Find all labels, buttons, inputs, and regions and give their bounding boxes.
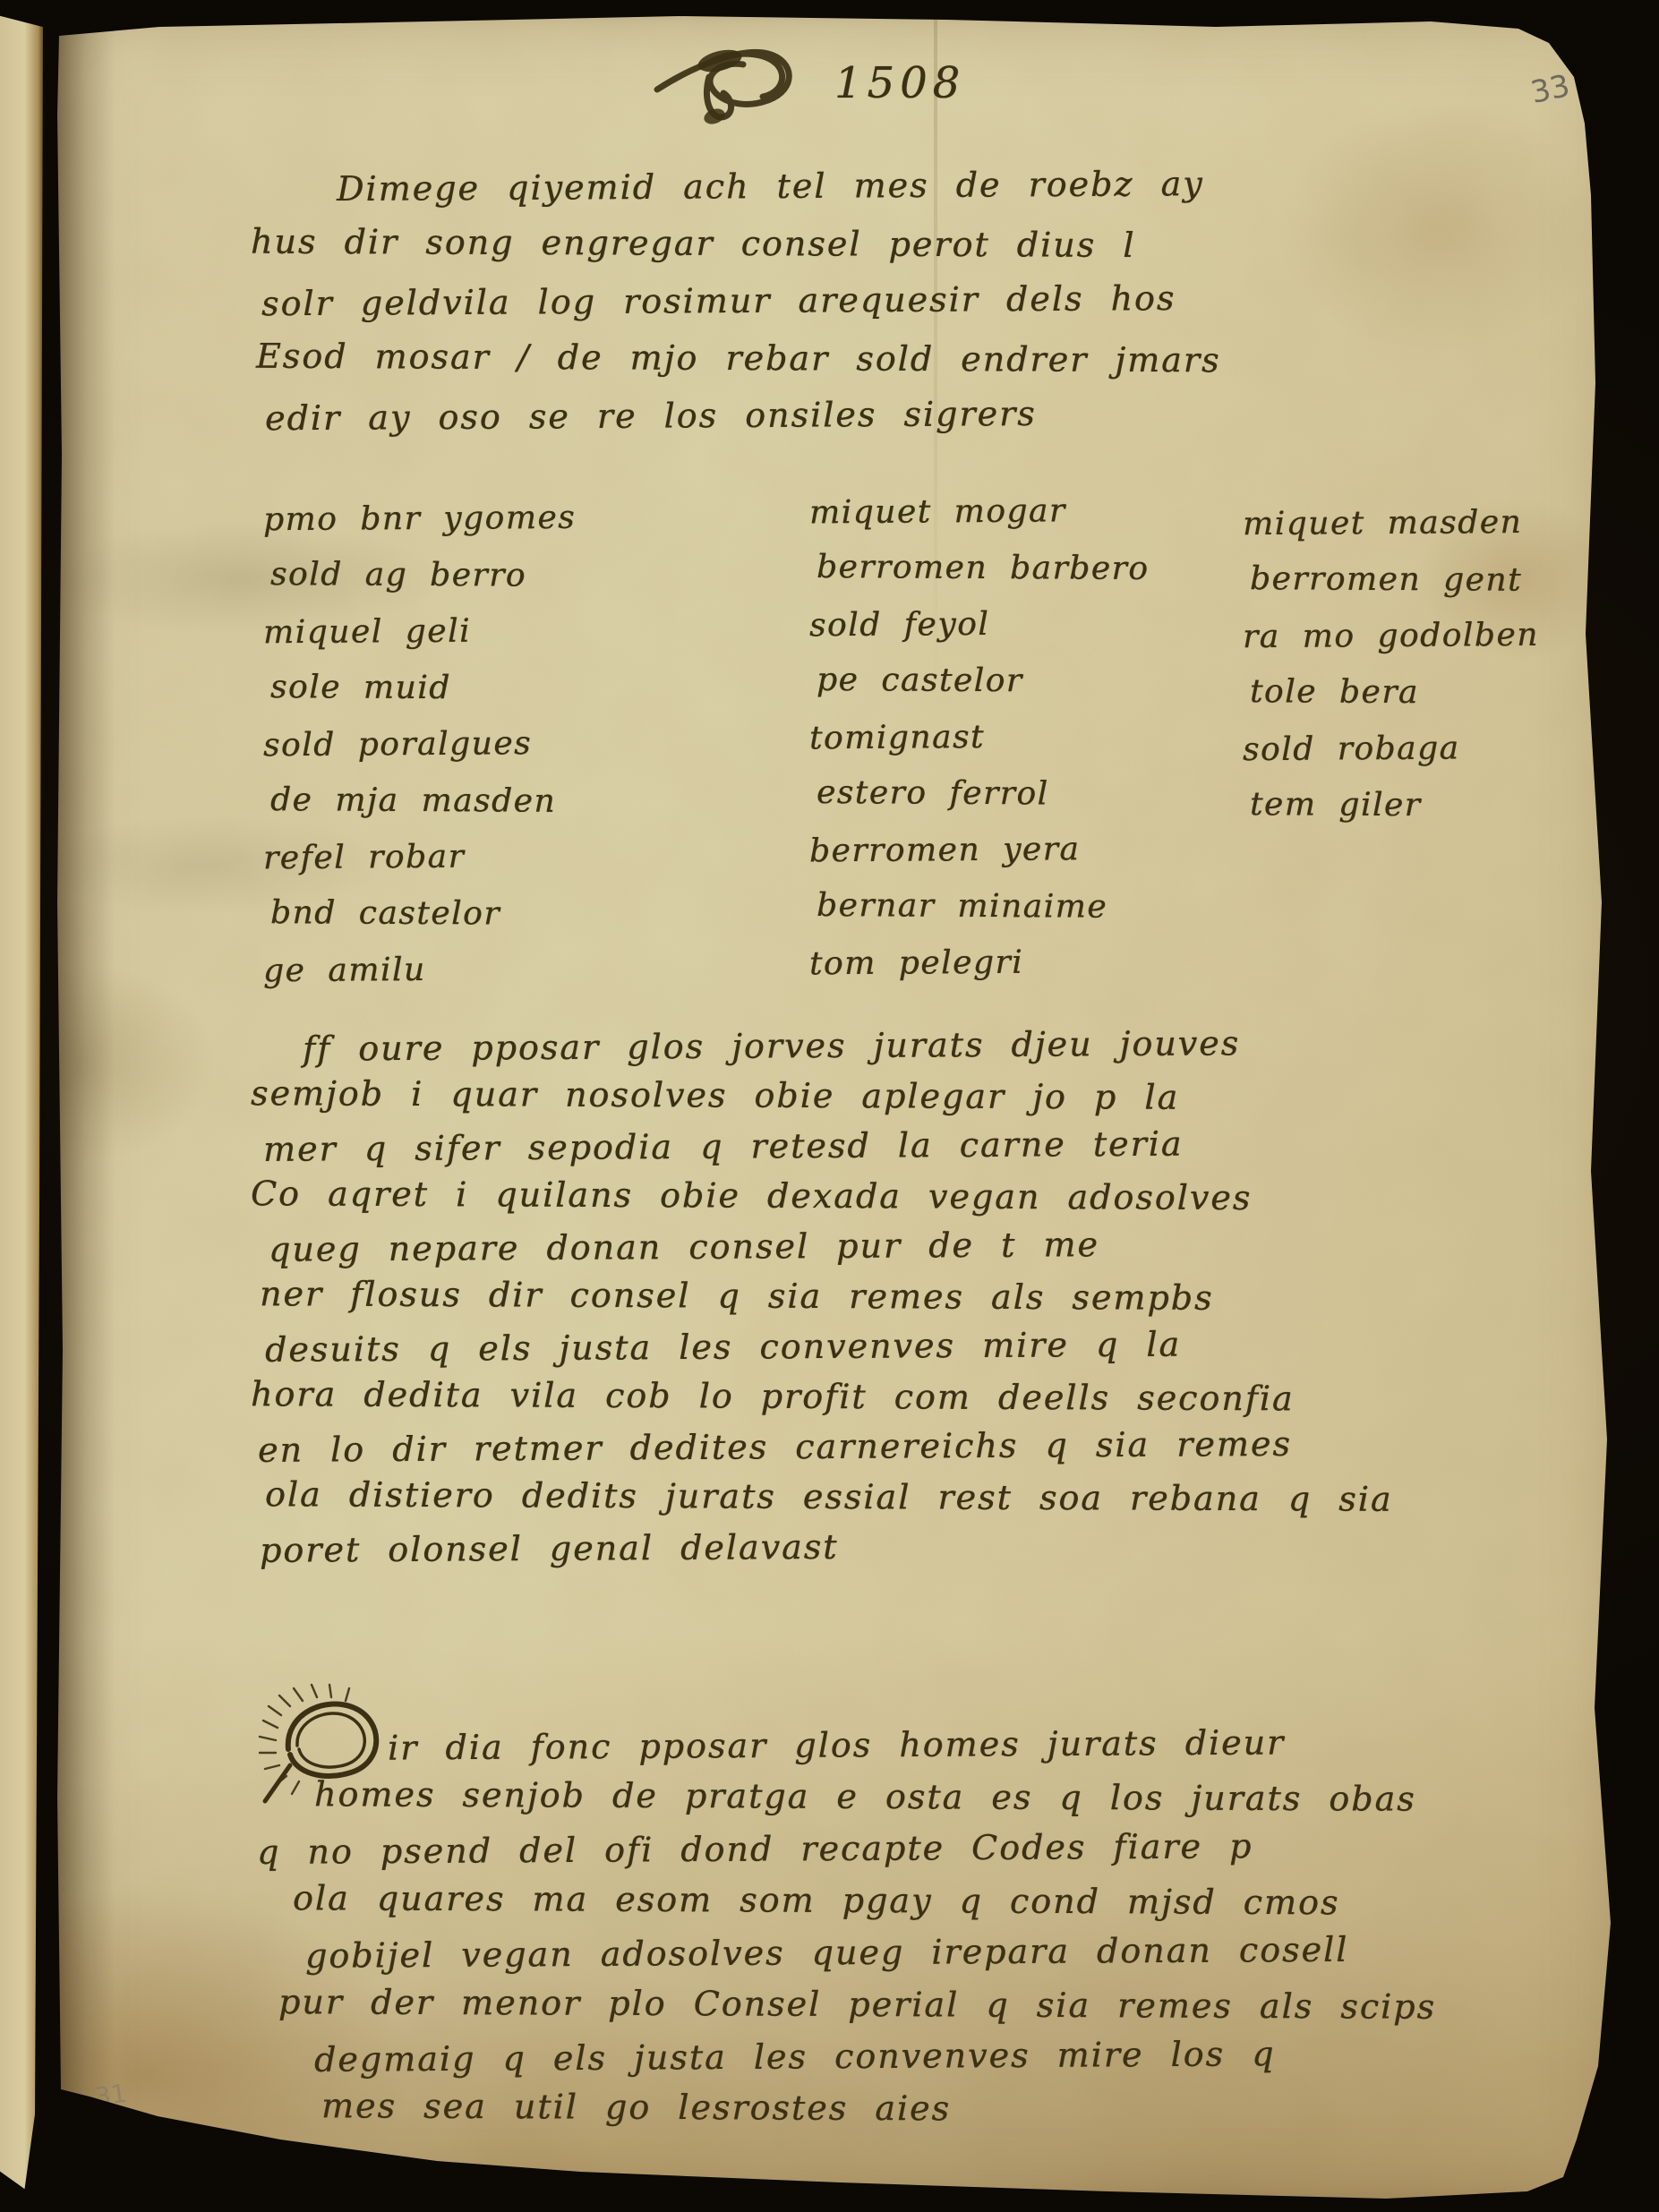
manuscript-line: poret olonsel genal delavast <box>260 1518 1393 1576</box>
manuscript-line: ola quares ma esom som pgay q cond mjsd … <box>293 1872 1436 1929</box>
manuscript-line: edir ay oso se re los onsiles sigrers <box>265 384 1221 448</box>
attendee-name: berromen yera <box>809 821 1150 880</box>
manuscript-line: hus dir song engregar consel perot dius … <box>251 213 1221 275</box>
name-column-right: miquet masden berromen gent ra mo godolb… <box>1243 495 1539 833</box>
attendee-name: de mja masden <box>270 772 576 830</box>
manuscript-line: ola distiero dedits jurats essial rest s… <box>265 1469 1393 1524</box>
paragraph-3: ir dia fonc pposar glos homes jurats die… <box>235 1719 1436 2134</box>
manuscript-line: pur der menor plo Consel perial q sia re… <box>278 1976 1436 2033</box>
paragraph-2: ff oure pposar glos jorves jurats djeu j… <box>251 1021 1393 1572</box>
attendee-name: bernar minaime <box>817 877 1150 935</box>
attendee-name: berromen gent <box>1250 551 1539 609</box>
manuscript-line: Esod mosar / de mjo rebar sold endrer jm… <box>256 328 1221 389</box>
attendee-name: pe castelor <box>817 652 1150 710</box>
attendee-name: refel robar <box>263 828 577 886</box>
attendee-name: tole bera <box>1250 663 1539 722</box>
manuscript-line: desuits q els justa les convenves mire q… <box>265 1318 1393 1375</box>
manuscript-line: ff oure pposar glos jorves jurats djeu j… <box>303 1017 1393 1073</box>
manuscript-page: 1508 33 Dimege qiyemid ach tel mes de ro… <box>52 7 1628 2206</box>
name-column-middle: miquet mogar berromen barbero sold feyol… <box>809 483 1149 991</box>
manuscript-line: q no psend del ofi dond recapte Codes fi… <box>257 1819 1436 1878</box>
paragraph-1: Dimege qiyemid ach tel mes de roebz ay h… <box>251 158 1221 444</box>
manuscript-line: ir dia fonc pposar glos homes jurats die… <box>388 1715 1436 1773</box>
manuscript-line: degmaig q els justa les convenves mire l… <box>314 2027 1436 2086</box>
manuscript-line: queg nepare donan consel pur de t me <box>269 1217 1393 1275</box>
folio-number-bottom: 31 <box>93 2079 129 2113</box>
manuscript-line: solr geldvila log rosimur arequesir dels… <box>261 269 1221 333</box>
manuscript-line: homes senjob de pratga e osta es q los j… <box>314 1768 1436 1824</box>
attendee-name: bnd castelor <box>270 884 576 943</box>
attendee-name: miquet masden <box>1243 494 1539 552</box>
attendee-name: miquel geli <box>263 602 577 661</box>
binding-gutter-shadow <box>52 7 115 2206</box>
attendee-name: tomignast <box>809 708 1150 767</box>
attendee-name: tom pelegri <box>809 934 1150 993</box>
attendee-name: ge amilu <box>263 941 577 999</box>
attendee-name: tem giler <box>1250 776 1539 834</box>
attendee-name: sold ag berro <box>270 546 576 604</box>
manuscript-line: ner flosus dir consel q sia remes als se… <box>260 1268 1393 1324</box>
attendee-name: sold poralgues <box>263 715 577 773</box>
attendee-name: estero ferrol <box>817 764 1150 823</box>
manuscript-line: hora dedita vila cob lo profit com deell… <box>251 1369 1393 1424</box>
manuscript-line: Co aqret i quilans obie dexada vegan ado… <box>251 1168 1393 1224</box>
year-heading: 1508 <box>650 34 965 132</box>
manuscript-line: semjob i quar nosolves obie aplegar jo p… <box>251 1068 1393 1123</box>
attendee-name: berromen barbero <box>817 539 1150 597</box>
manuscript-line: mes sea util go lesrostes aies <box>321 2080 1436 2136</box>
attendee-name: sold robaga <box>1243 720 1539 778</box>
attendee-name: ra mo godolben <box>1243 607 1539 665</box>
facing-page-edge <box>0 7 45 2202</box>
attendee-name: pmo bnr ygomes <box>263 490 577 548</box>
attendee-name: sole muid <box>270 659 576 717</box>
manuscript-line: gobijel vegan adosolves queg irepara don… <box>305 1923 1436 1982</box>
manuscript-line: en lo dir retmer dedites carnereichs q s… <box>258 1418 1393 1475</box>
year-text: 1508 <box>834 58 965 108</box>
year-flourish-icon <box>650 34 820 132</box>
photograph-background: 1508 33 Dimege qiyemid ach tel mes de ro… <box>0 0 1659 2212</box>
manuscript-line: Dimege qiyemid ach tel mes de roebz ay <box>337 155 1221 218</box>
manuscript-line: mer q sifer sepodia q retesd la carne te… <box>263 1117 1393 1174</box>
attendee-name: sold feyol <box>809 595 1150 654</box>
folio-number-top: 33 <box>1527 68 1573 111</box>
name-column-left: pmo bnr ygomes sold ag berro miquel geli… <box>263 491 576 998</box>
attendee-name: miquet mogar <box>809 483 1150 542</box>
